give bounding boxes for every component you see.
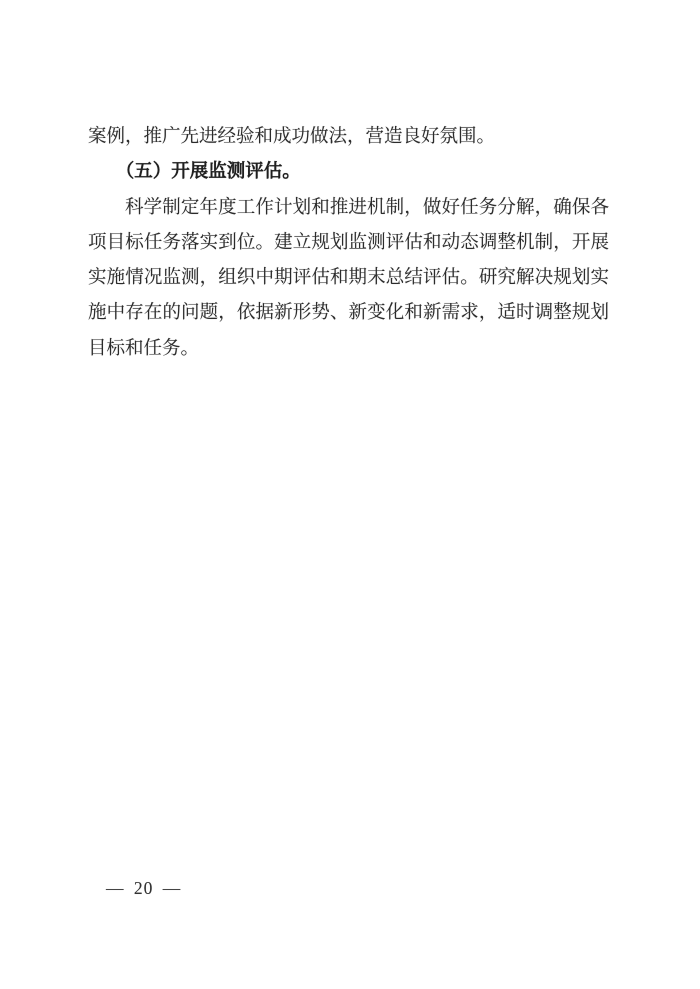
text-block: 案例，推广先进经验和成功做法，营造良好氛围。 （五）开展监测评估。 科学制定年度… <box>88 120 609 367</box>
paragraph-body: 科学制定年度工作计划和推进机制，做好任务分解，确保各项目标任务落实到位。建立规划… <box>88 191 609 367</box>
document-page: 案例，推广先进经验和成功做法，营造良好氛围。 （五）开展监测评估。 科学制定年度… <box>0 0 700 989</box>
page-number: — 20 — <box>106 877 181 899</box>
paragraph-continuation: 案例，推广先进经验和成功做法，营造良好氛围。 <box>88 120 609 155</box>
section-heading: （五）开展监测评估。 <box>88 155 609 190</box>
